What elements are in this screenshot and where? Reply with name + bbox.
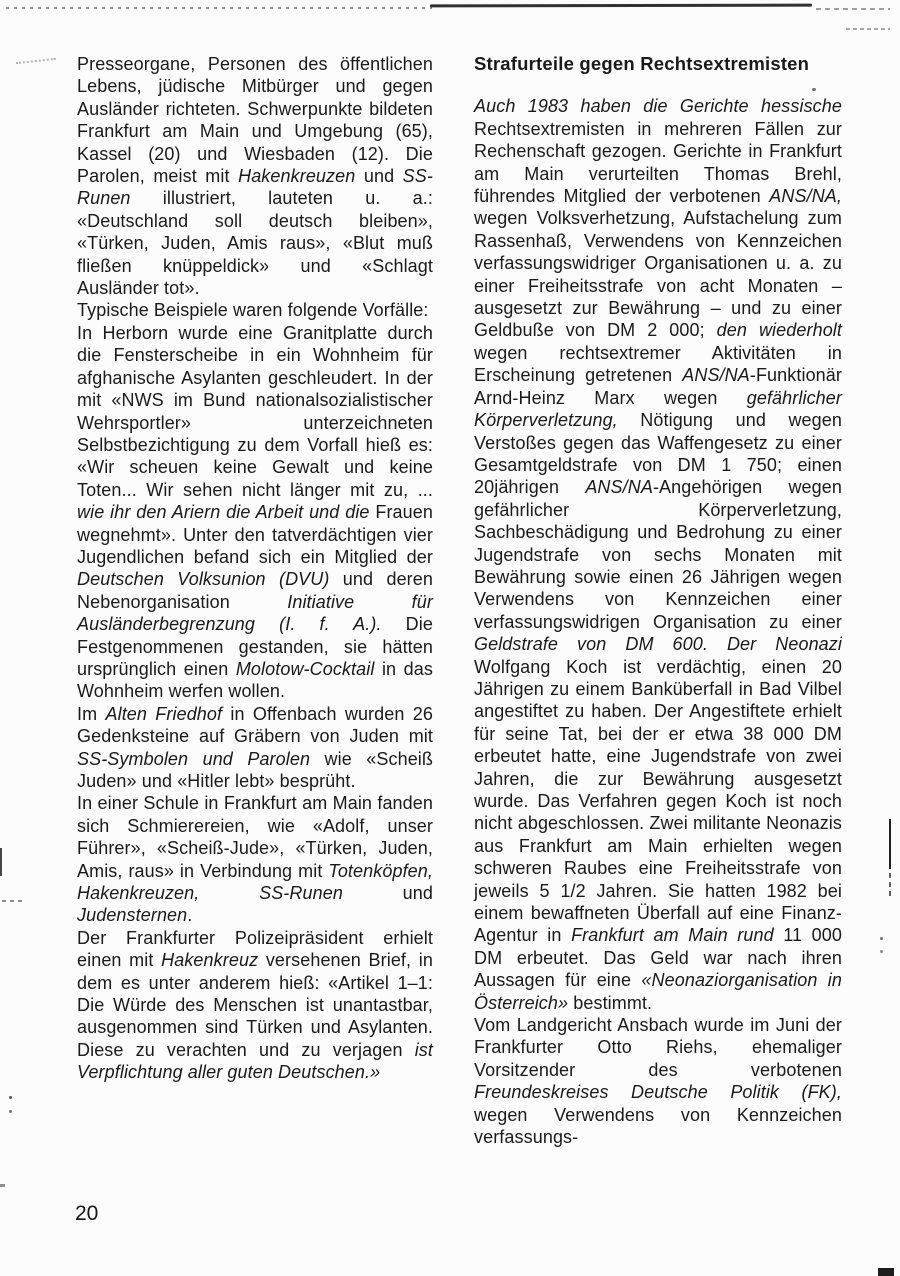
paragraph: In Herborn wurde eine Granitplatte durch… (77, 322, 433, 703)
scan-artifact-top-solid-line (430, 4, 812, 8)
scan-artifact-right-colon (880, 937, 883, 940)
paragraph: Der Frankfurter Polizeipräsident erhielt… (77, 927, 433, 1084)
scan-artifact-top-dotted-line (6, 7, 432, 9)
scan-artifact-left-dashes (2, 900, 26, 902)
right-column: Strafurteile gegen Rechtsextremisten Auc… (474, 53, 842, 1149)
paragraph: Vom Landgericht Ansbach wurde im Juni de… (474, 1014, 842, 1148)
scan-artifact-left-dot (0, 1184, 5, 1187)
scan-artifact-corner-mark (878, 1268, 894, 1276)
left-column: Presseorgane, Personen des öffentlichen … (77, 53, 433, 1084)
scan-artifact-right-vdashes (889, 873, 891, 897)
scan-artifact-left-smudge (16, 58, 56, 67)
scan-artifact-top-tail-dashes (816, 8, 890, 10)
paragraph: In einer Schule in Frankfurt am Main fan… (77, 792, 433, 926)
section-heading: Strafurteile gegen Rechtsextremisten (474, 53, 842, 75)
document-page: Presseorgane, Personen des öffentlichen … (0, 0, 900, 1276)
scan-artifact-left-colon (9, 1096, 12, 1099)
scan-artifact-left-vline (0, 848, 2, 876)
paragraph: Auch 1983 haben die Gerichte hessische R… (474, 95, 842, 1014)
scan-artifact-right-vline (889, 819, 891, 869)
paragraph: Im Alten Friedhof in Offenbach wurden 26… (77, 703, 433, 793)
paragraph: Presseorgane, Personen des öffentlichen … (77, 53, 433, 299)
scan-artifact-top-lower-dash (846, 28, 890, 30)
paragraph: Typische Beispiele waren folgende Vorfäl… (77, 299, 433, 321)
page-number: 20 (75, 1202, 98, 1226)
